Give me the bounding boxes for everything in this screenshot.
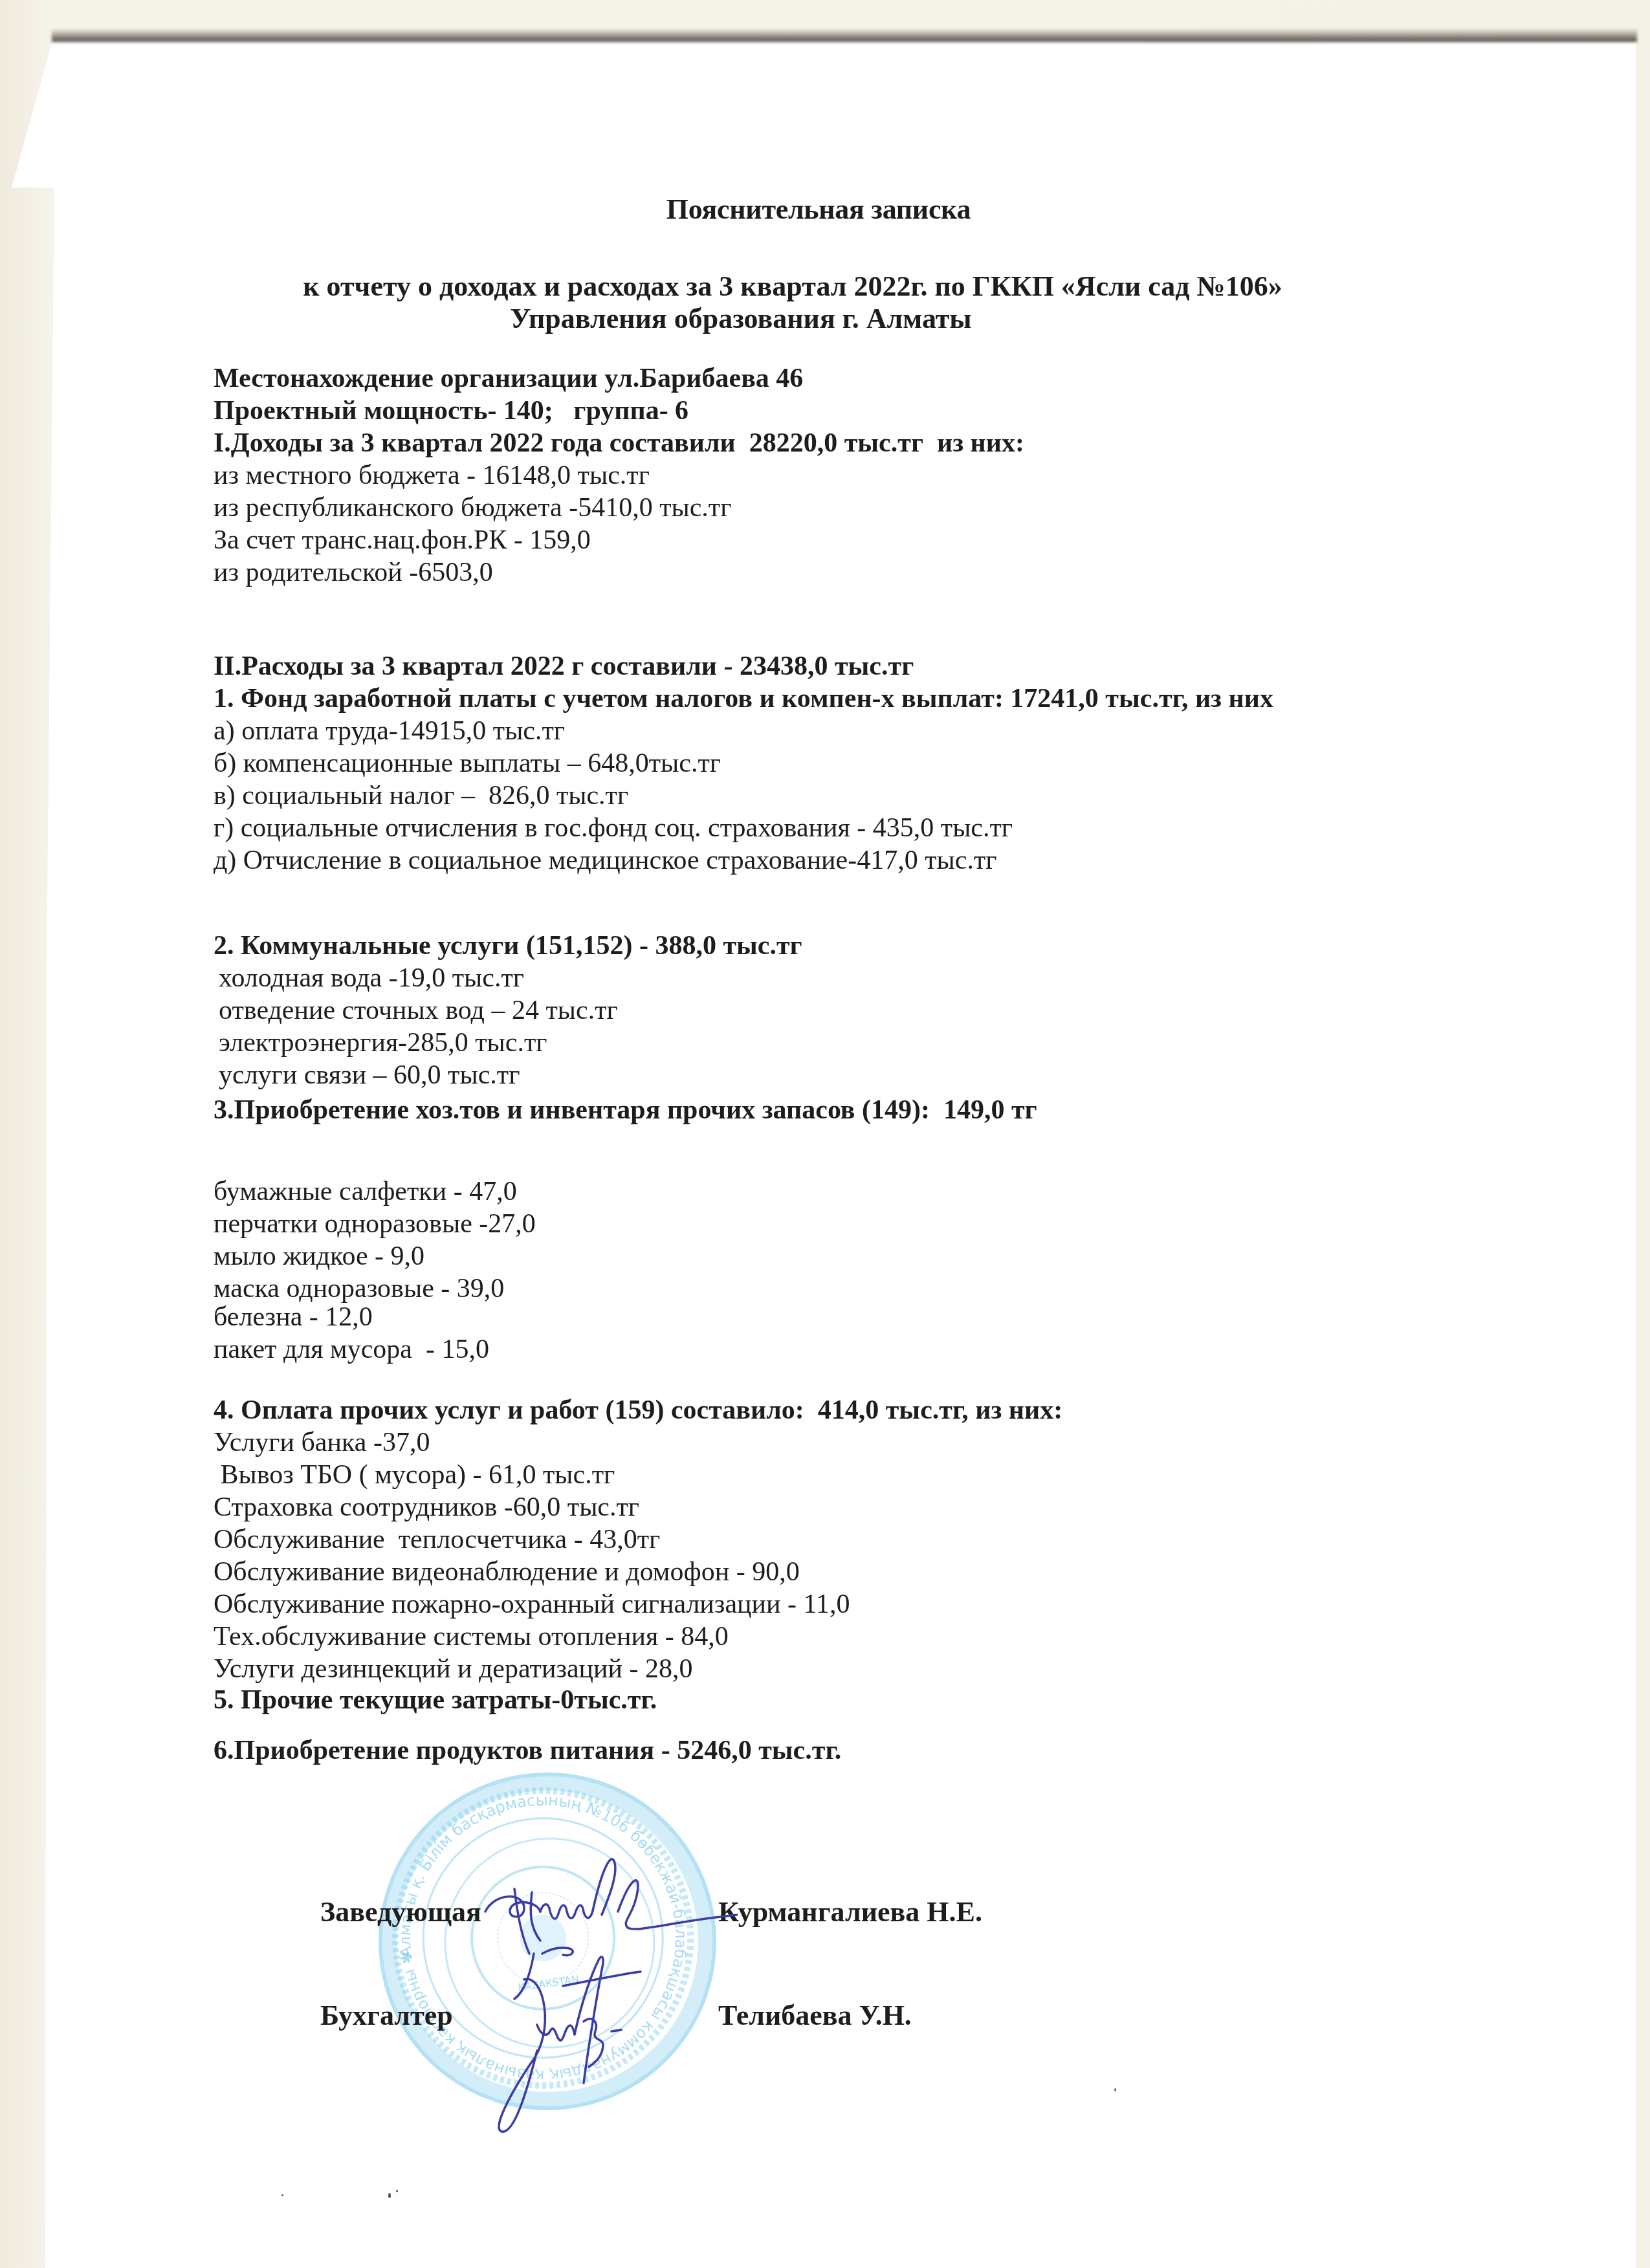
scan-speck: [1114, 2088, 1116, 2091]
signer-name: Курмангалиева Н.Е.: [718, 1895, 982, 1928]
section-3-item: белезна - 12,0: [214, 1301, 1572, 1333]
section-1-item: в) социальный налог – 826,0 тыс.тг: [214, 780, 1572, 812]
section-1-item: д) Отчисление в социальное медицинское с…: [214, 844, 1572, 877]
section-4-item: Тех.обслуживание системы отопления - 84,…: [214, 1620, 1572, 1653]
income-item: из республиканского бюджета -5410,0 тыс.…: [214, 492, 1572, 524]
section-6-heading: 6.Приобретение продуктов питания - 5246,…: [214, 1734, 1572, 1767]
capacity-line: Проектный мощность- 140; группа- 6: [214, 395, 1572, 427]
signer-name: Телибаева У.Н.: [718, 1999, 912, 2032]
section-4-item: Обслуживание видеонаблюдение и домофон -…: [214, 1556, 1572, 1588]
document-body: Местонахождение организации ул.Барибаева…: [214, 362, 1572, 589]
section-4-item: Обслуживание пожарно-охранный сигнализац…: [214, 1588, 1572, 1620]
scan-speck: [396, 2190, 398, 2192]
scan-speck: [281, 2194, 283, 2196]
section-3-item: пакет для мусора - 15,0: [214, 1333, 1572, 1366]
document-title: Пояснительная записка: [0, 193, 1650, 226]
supplies-block: бумажные салфетки - 47,0 перчатки однора…: [214, 1175, 1572, 1366]
signature-accountant-icon: [466, 1934, 673, 2141]
scan-speck: [388, 2193, 391, 2198]
section-2-item: электроэнергия-285,0 тыс.тг: [214, 1027, 1572, 1059]
signer-role: Заведующая: [320, 1895, 481, 1928]
section-4-item: Вывоз ТБО ( мусора) - 61,0 тыс.тг: [214, 1459, 1572, 1491]
subtitle-line-1: к отчету о доходах и расходах за 3 кварт…: [0, 270, 1618, 303]
utilities-block: 2. Коммунальные услуги (151,152) - 388,0…: [214, 930, 1572, 1126]
section-3-item: перчатки одноразовые -27,0: [214, 1208, 1572, 1240]
services-block: 4. Оплата прочих услуг и работ (159) сос…: [214, 1394, 1572, 1767]
section-4-heading: 4. Оплата прочих услуг и работ (159) сос…: [214, 1394, 1572, 1426]
section-1-item: а) оплата труда-14915,0 тыс.тг: [214, 715, 1572, 747]
section-1-heading: 1. Фонд заработной платы с учетом налого…: [214, 682, 1572, 715]
income-item: из родительской -6503,0: [214, 556, 1572, 589]
section-2-item: отведение сточных вод – 24 тыс.тг: [214, 994, 1572, 1027]
income-heading: I.Доходы за 3 квартал 2022 года составил…: [214, 427, 1572, 459]
section-3-item: бумажные салфетки - 47,0: [214, 1175, 1572, 1208]
income-item: из местного бюджета - 16148,0 тыс.тг: [214, 459, 1572, 492]
document-subtitle: к отчету о доходах и расходах за 3 кварт…: [0, 270, 1650, 335]
subtitle-line-2: Управления образования г. Алматы: [0, 303, 1566, 335]
paper-top-edge-shadow: [52, 28, 1637, 43]
document-title-text: Пояснительная записка: [666, 193, 971, 225]
section-4-item: Услуги банка -37,0: [214, 1426, 1572, 1459]
section-3-heading: 3.Приобретение хоз.тов и инвентаря прочи…: [214, 1094, 1572, 1126]
expenses-block: II.Расходы за 3 квартал 2022 г составили…: [214, 650, 1572, 877]
income-item: За счет транс.нац.фон.РК - 159,0: [214, 524, 1572, 556]
signer-role: Бухгалтер: [320, 1999, 453, 2032]
location-line: Местонахождение организации ул.Барибаева…: [214, 362, 1572, 395]
section-4-item: Обслуживание теплосчетчика - 43,0тг: [214, 1523, 1572, 1556]
section-3-item: маска одноразовые - 39,0: [214, 1272, 1572, 1301]
section-4-item: Страховка соотрудников -60,0 тыс.тг: [214, 1491, 1572, 1523]
section-2-item: услуги связи – 60,0 тыс.тг: [214, 1059, 1572, 1091]
section-5-heading: 5. Прочие текущие затраты-0тыс.тг.: [214, 1684, 1572, 1716]
section-3-item: мыло жидкое - 9,0: [214, 1240, 1572, 1272]
section-2-heading: 2. Коммунальные услуги (151,152) - 388,0…: [214, 930, 1572, 962]
section-1-item: б) компенсационные выплаты – 648,0тыс.тг: [214, 747, 1572, 780]
section-1-item: г) социальные отчисления в гос.фонд соц.…: [214, 812, 1572, 844]
section-2-item: холодная вода -19,0 тыс.тг: [214, 962, 1572, 994]
expenses-heading: II.Расходы за 3 квартал 2022 г составили…: [214, 650, 1572, 682]
section-4-item: Услуги дезинцекций и дератизаций - 28,0: [214, 1653, 1572, 1684]
spacer: [214, 1716, 1572, 1734]
